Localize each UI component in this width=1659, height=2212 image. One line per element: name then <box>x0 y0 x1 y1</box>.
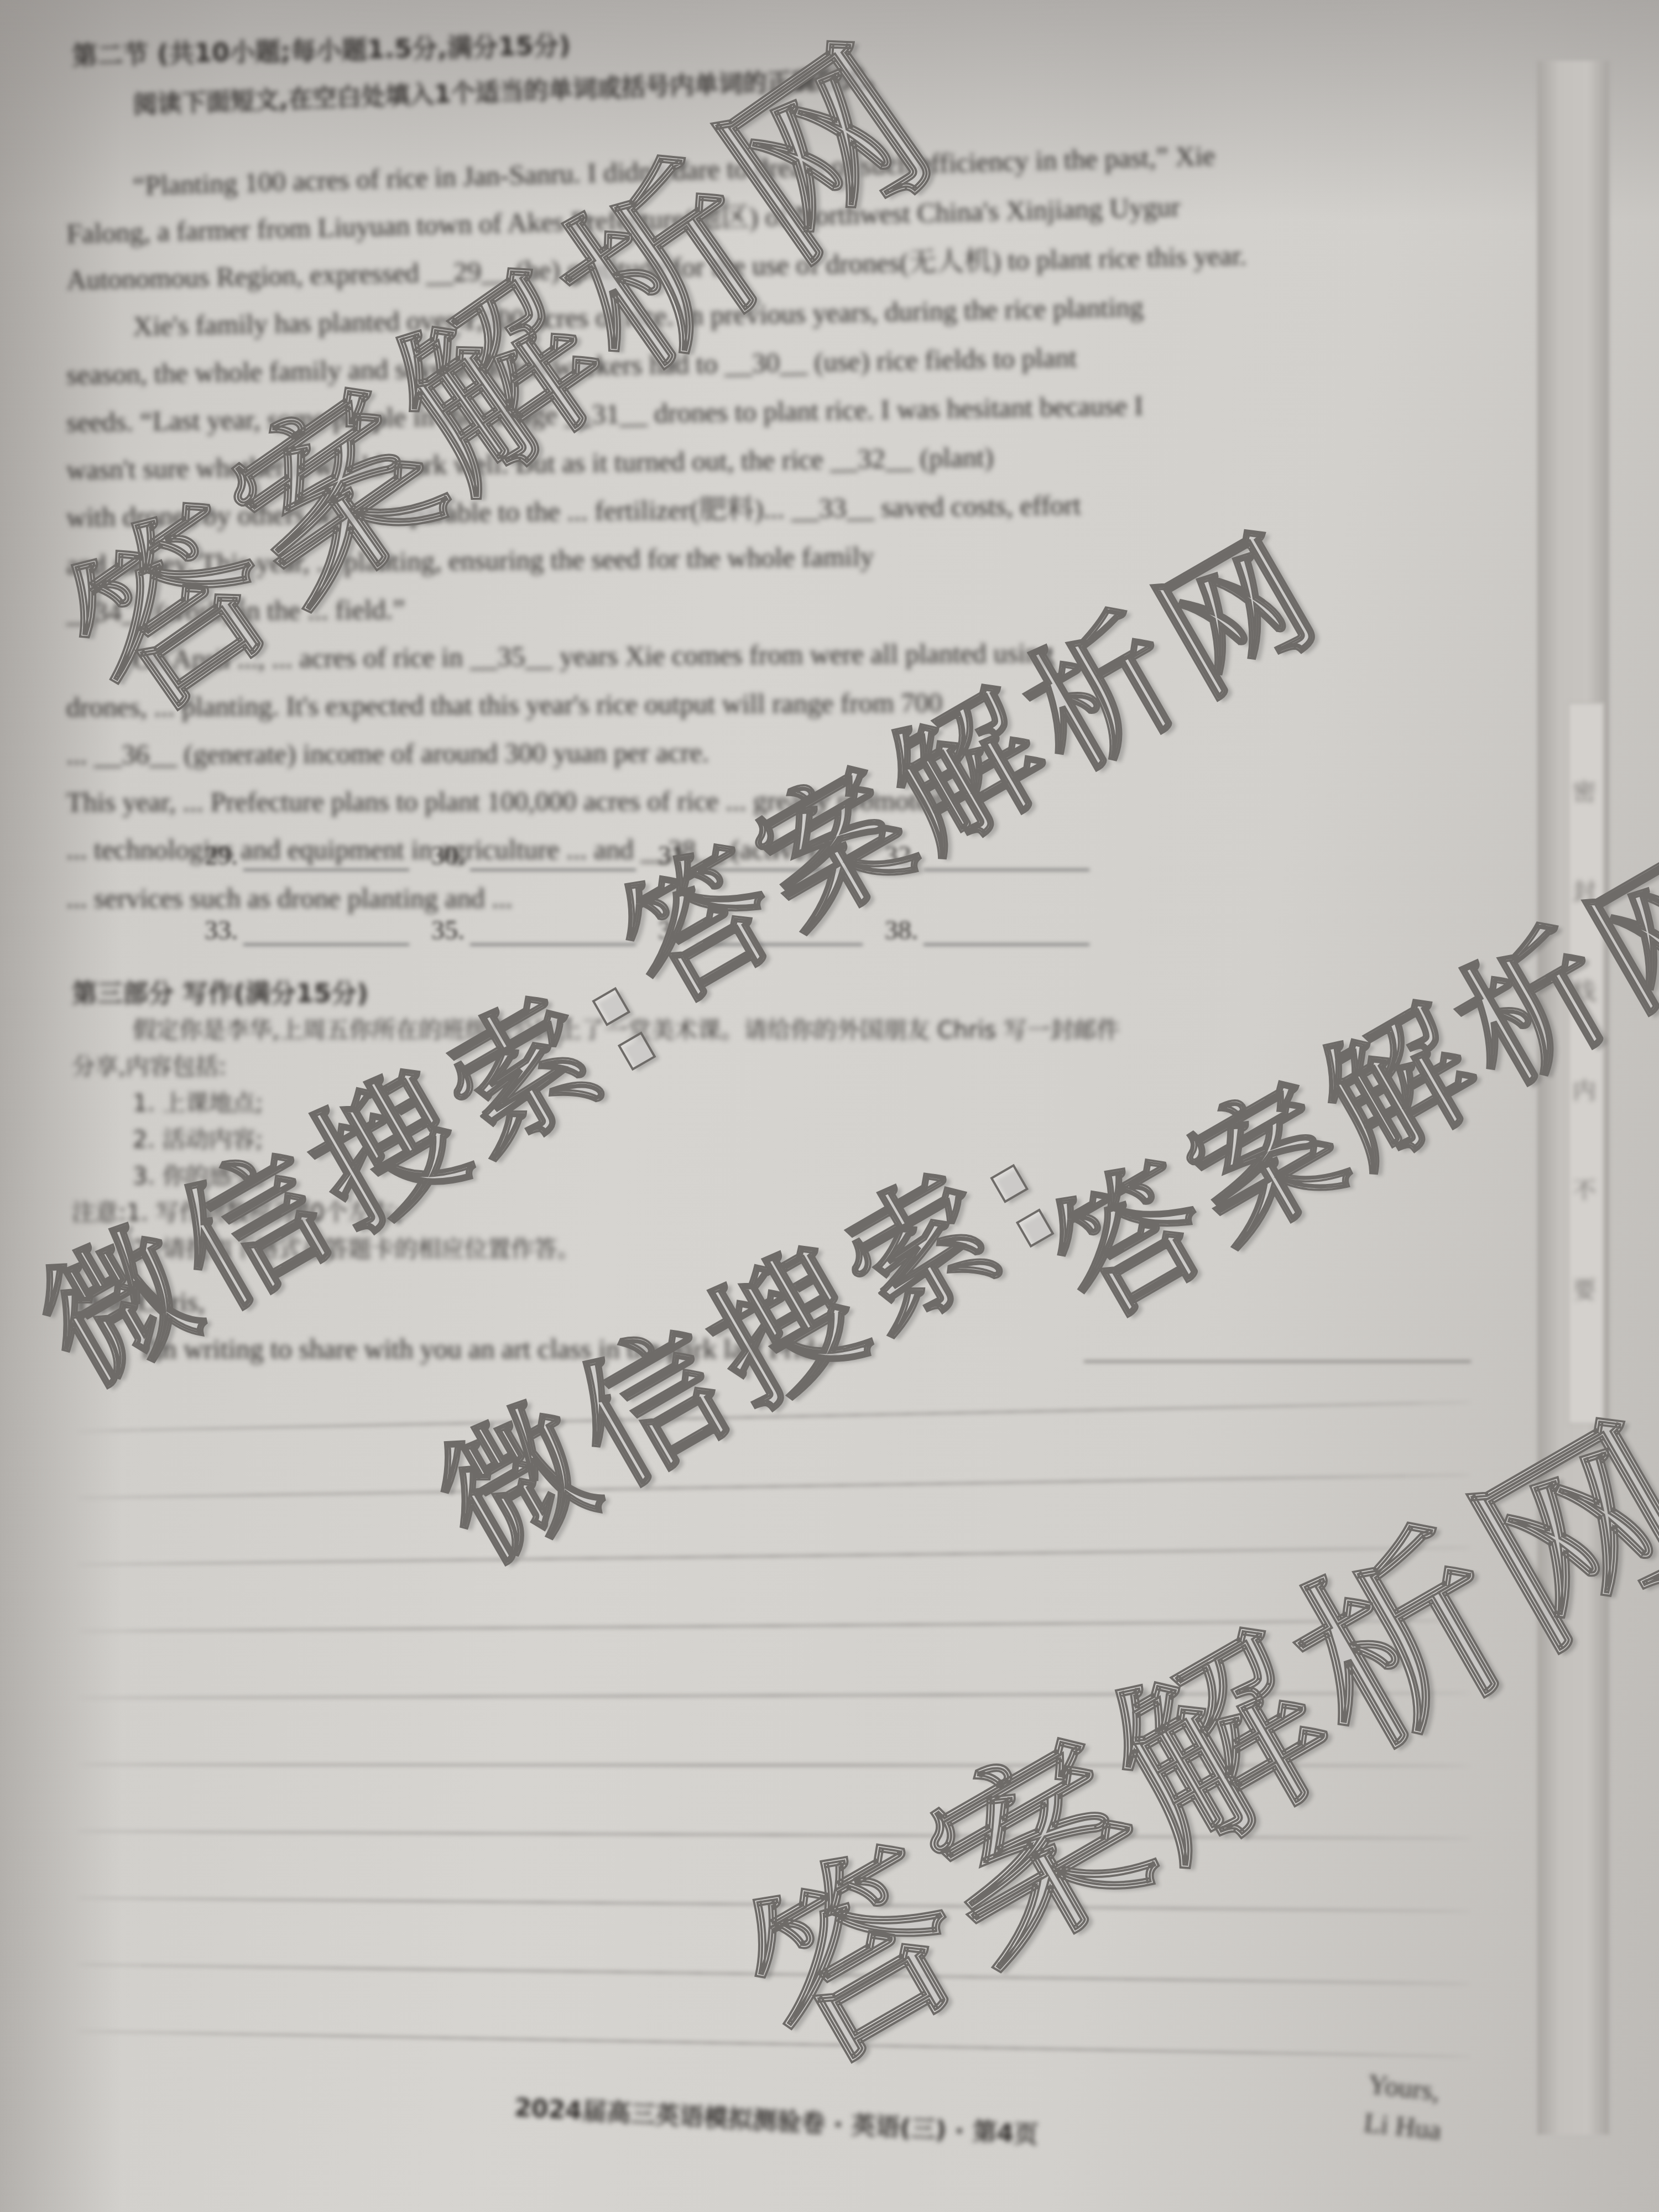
answer-blanks: 29. 30. 31. 32. 33. 35. 37. 38. <box>205 841 1366 990</box>
answer-line[interactable] <box>697 847 863 871</box>
binding-char: 封 <box>1573 874 1596 907</box>
answer-field[interactable]: 32. <box>885 841 1112 871</box>
writing-line[interactable] <box>77 1897 1471 1912</box>
writing-heading: 第三部分 写作(满分15分) <box>72 973 368 1010</box>
passage-line: drones, ... planting. It's expected that… <box>66 675 1449 731</box>
writing-line[interactable] <box>77 1401 1471 1433</box>
prompt-line: 2. 活动内容; <box>72 1121 1454 1158</box>
cloze-passage: “Planting 100 acres of rice in Jan-Sanru… <box>66 144 1449 922</box>
answer-field[interactable]: 37. <box>658 915 885 946</box>
writing-line[interactable] <box>77 1547 1471 1566</box>
answer-line[interactable] <box>470 847 636 871</box>
answer-line[interactable] <box>924 921 1089 946</box>
writing-line[interactable] <box>77 2030 1471 2058</box>
prompt-line: 分享,内容包括: <box>72 1048 1454 1085</box>
answer-line[interactable] <box>924 847 1089 871</box>
signature: Li Hua <box>1362 2103 1443 2150</box>
answer-number: 32. <box>885 841 924 871</box>
prompt-line: 3. 你的感受。 <box>72 1158 1454 1194</box>
passage-line: ... __36__ (generate) income of around 3… <box>66 726 1449 779</box>
answer-number: 30. <box>431 841 470 871</box>
prompt-line: 假定你是李华,上周五你所在的班级在公园上了一堂美术课。请给你的外国朋友 Chri… <box>72 1012 1454 1048</box>
letter-signoff: Yours, Li Hua <box>1362 2064 1447 2150</box>
answer-line[interactable] <box>243 847 409 871</box>
binding-char: 不 <box>1573 1172 1596 1206</box>
passage-line: This year, ... Prefecture plans to plant… <box>66 775 1449 826</box>
section-heading: 第二节 (共10小题;每小题1.5分,满分15分) <box>71 25 571 72</box>
answer-line[interactable] <box>243 921 409 946</box>
answer-line[interactable] <box>697 921 863 946</box>
writing-area[interactable] <box>77 1416 1471 2112</box>
writing-line[interactable] <box>77 1692 1471 1699</box>
letter-salutation: Dear Chris, <box>77 1286 205 1318</box>
binding-char: 线 <box>1573 973 1596 1006</box>
answer-field[interactable]: 31. <box>658 841 885 871</box>
answer-number: 33. <box>205 915 243 946</box>
writing-line[interactable] <box>1084 1360 1471 1363</box>
answer-row: 33. 35. 37. 38. <box>205 915 1366 946</box>
binding-strip-text: 密封线内不要 <box>1568 774 1601 1305</box>
prompt-line: 注意:1. 写作词数应为80个左右; <box>72 1194 1454 1231</box>
writing-line[interactable] <box>77 1963 1471 1985</box>
binding-char: 要 <box>1573 1272 1596 1305</box>
answer-line[interactable] <box>470 921 636 946</box>
prompt-line: 1. 上课地点; <box>72 1085 1454 1121</box>
binding-char: 内 <box>1573 1073 1596 1106</box>
answer-field[interactable]: 38. <box>885 915 1112 946</box>
answer-field[interactable]: 29. <box>205 841 431 871</box>
answer-field[interactable]: 33. <box>205 915 431 946</box>
writing-line[interactable] <box>77 1619 1471 1632</box>
writing-line[interactable] <box>77 1830 1471 1839</box>
prompt-line: 2. 请按如下格式在答题卡的相应位置作答。 <box>72 1231 1454 1267</box>
answer-number: 35. <box>431 915 470 946</box>
answer-field[interactable]: 30. <box>431 841 658 871</box>
answer-number: 31. <box>658 841 697 871</box>
writing-line[interactable] <box>77 1474 1471 1499</box>
writing-line[interactable] <box>77 1764 1471 1767</box>
answer-number: 38. <box>885 915 924 946</box>
letter-first-line: I'm writing to share with you an art cla… <box>141 1333 846 1365</box>
answer-row: 29. 30. 31. 32. <box>205 841 1366 871</box>
passage-line: On April ..., ... acres of rice in __35_… <box>66 625 1449 684</box>
answer-field[interactable]: 35. <box>431 915 658 946</box>
answer-number: 29. <box>205 841 243 871</box>
exam-page: 第二节 (共10小题;每小题1.5分,满分15分) 阅读下面短文,在空白处填入1… <box>0 0 1659 2212</box>
binding-char: 密 <box>1573 774 1596 807</box>
writing-prompt: 假定你是李华,上周五你所在的班级在公园上了一堂美术课。请给你的外国朋友 Chri… <box>72 1012 1454 1267</box>
answer-number: 37. <box>658 915 697 946</box>
